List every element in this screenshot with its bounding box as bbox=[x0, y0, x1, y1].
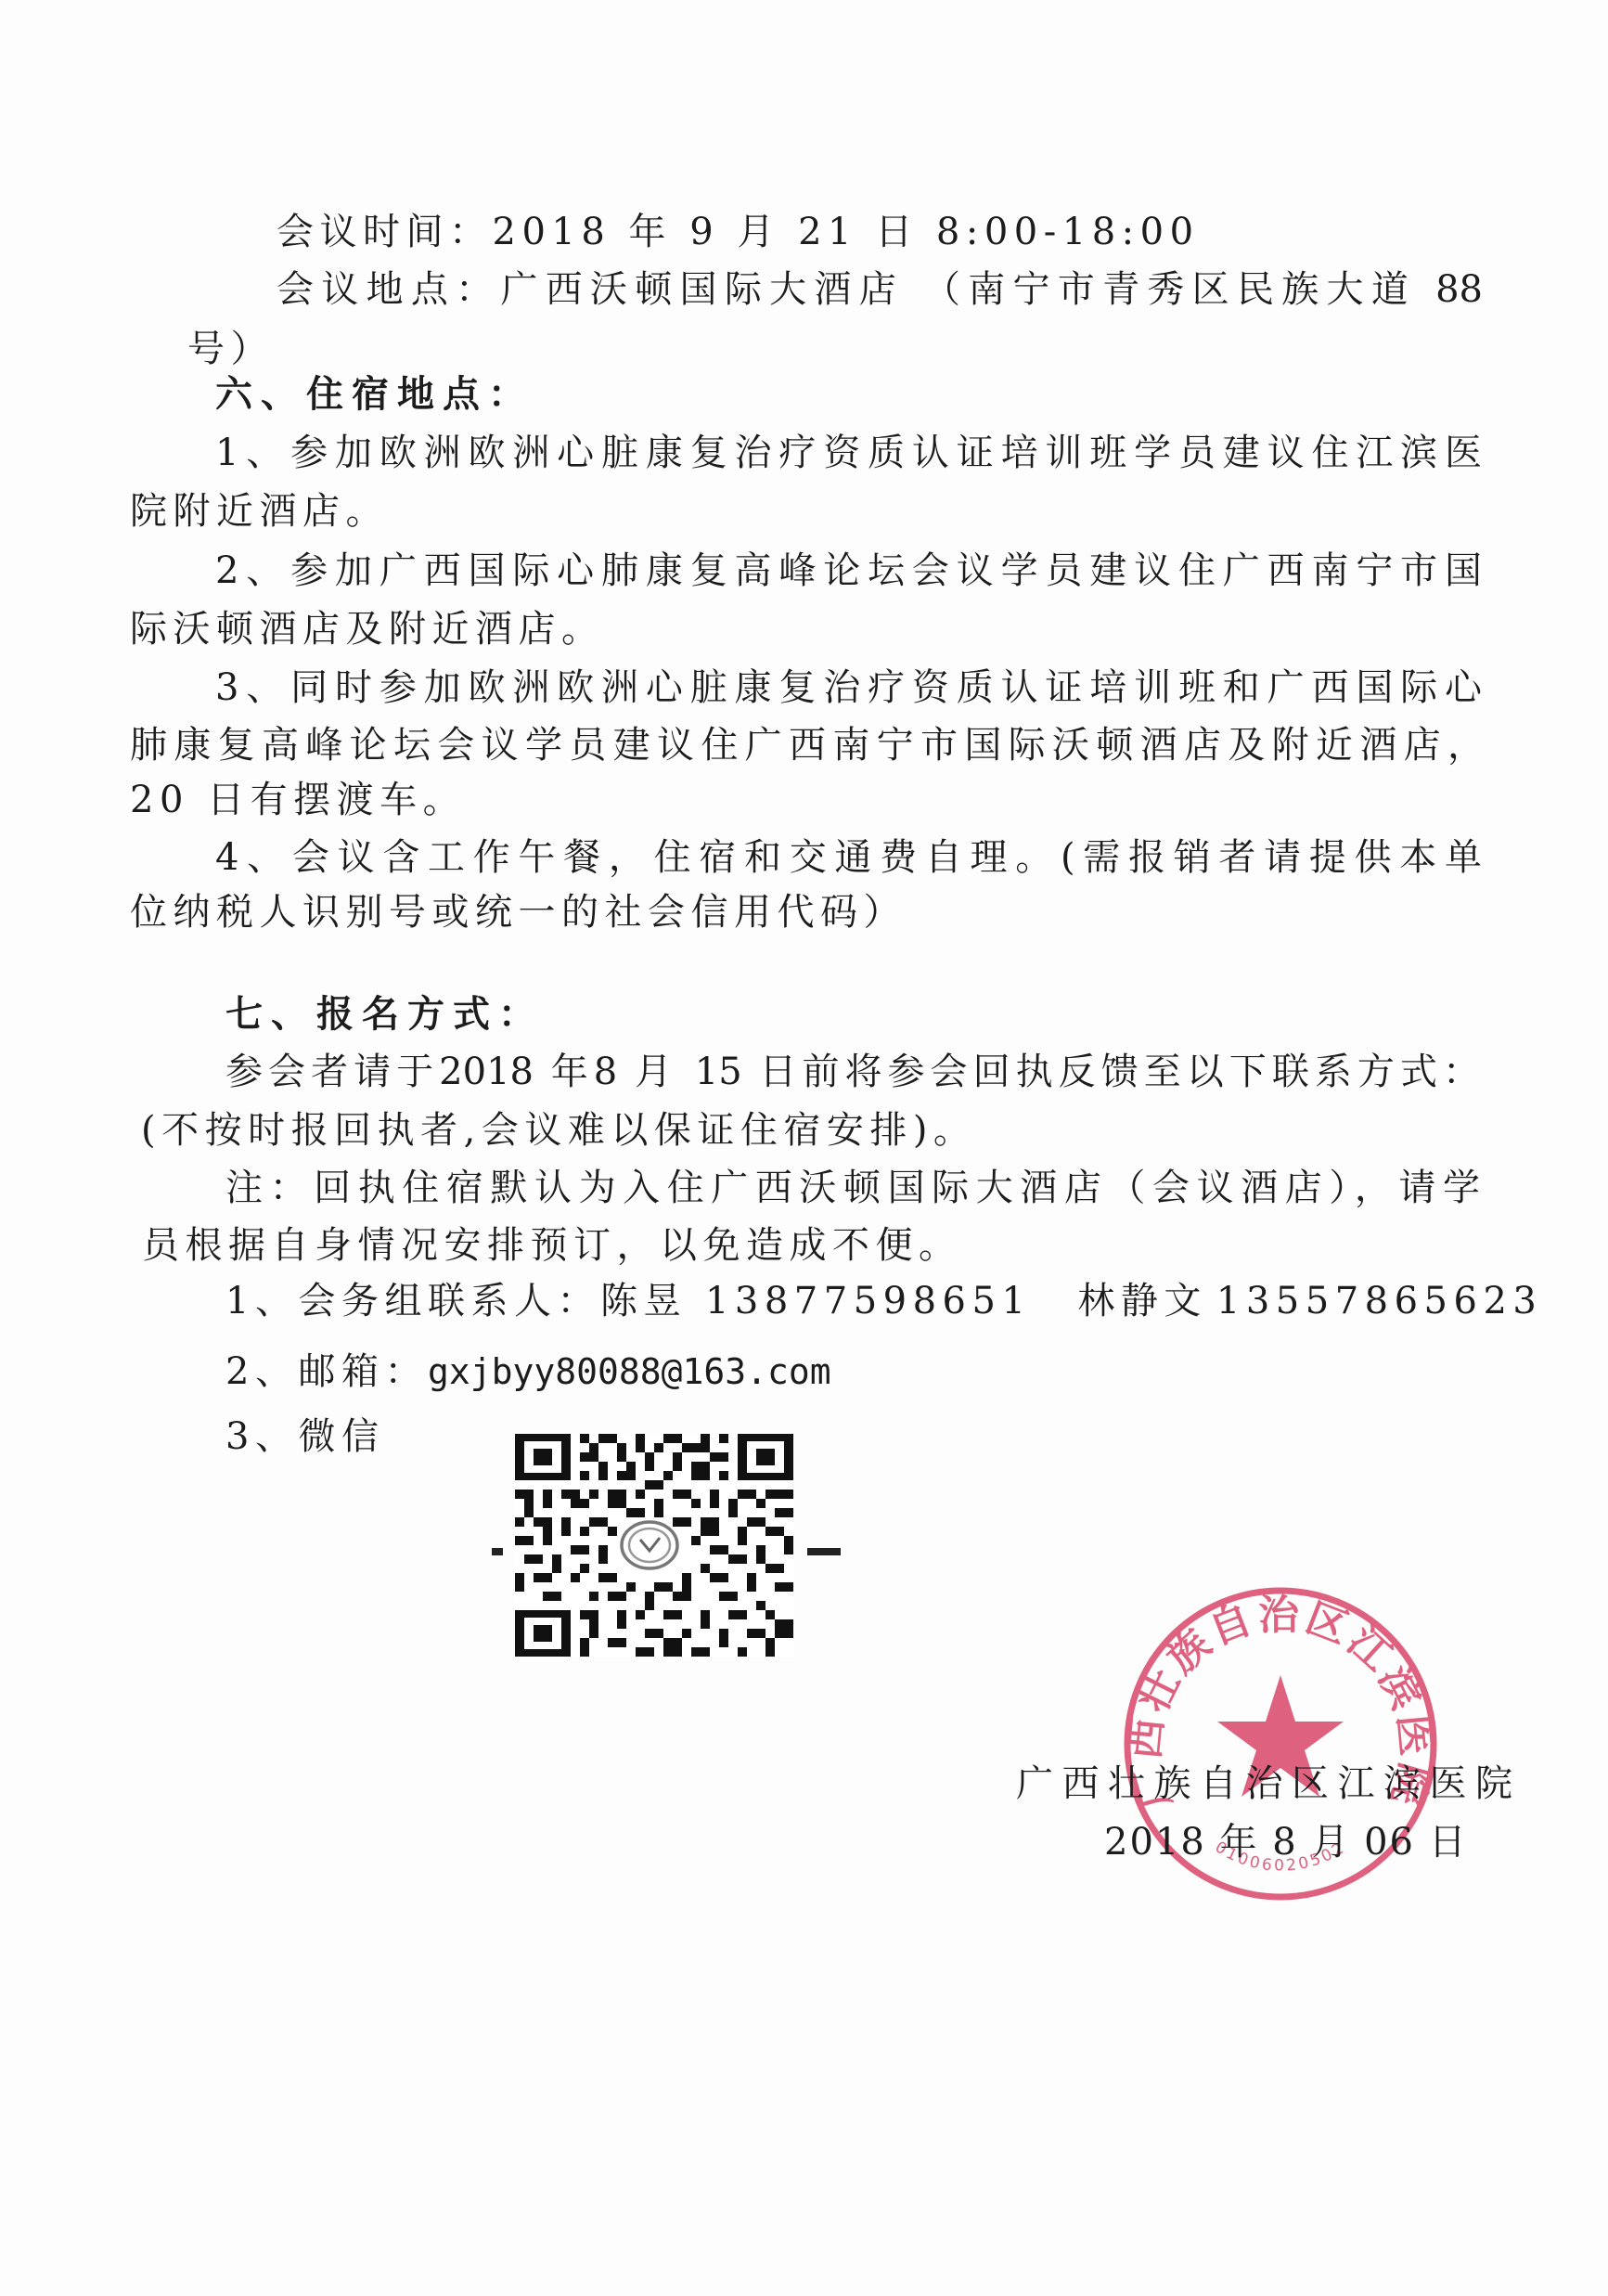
contact2-name: 林静文 bbox=[1077, 1280, 1207, 1322]
section6-heading: 六、住宿地点： bbox=[215, 370, 534, 419]
section7-intro-line1: 参会者请于2018 年8 月 15 日前将参会回执反馈至以下联系方式： bbox=[225, 1048, 1480, 1096]
section7-heading: 七、报名方式： bbox=[225, 990, 544, 1038]
contact2-phone[interactable]: 13557865623 bbox=[1216, 1280, 1542, 1322]
signature-date: 2018 年 8 月 06 日 bbox=[1104, 1818, 1468, 1866]
section6-item3-line1: 3、同时参加欧洲欧洲心脏康复治疗资质认证培训班和广西国际心 bbox=[215, 664, 1482, 712]
email-line: 2、邮箱：gxjbyy80088@163.com bbox=[225, 1348, 831, 1396]
qr-code-icon bbox=[515, 1434, 793, 1657]
contact-persons-line: 1、会务组联系人：陈昱13877598651林静文13557865623 bbox=[225, 1277, 1542, 1325]
qr-right-mark bbox=[807, 1548, 841, 1555]
wechat-line: 3、微信 bbox=[225, 1412, 384, 1461]
section7-note-line2: 员根据自身情况安排预订，以免造成不便。 bbox=[142, 1221, 962, 1270]
document-page: 会议时间：2018 年 9 月 21 日 8:00-18:00 会议地点：广西沃… bbox=[0, 0, 1608, 2296]
section6-item1-line2: 院附近酒店。 bbox=[130, 487, 389, 535]
section6-item2-line2: 际沃顿酒店及附近酒店。 bbox=[130, 605, 605, 653]
section6-item3-line2: 肺康复高峰论坛会议学员建议住广西南宁市国际沃顿酒店及附近酒店， bbox=[130, 721, 1485, 769]
contact-persons-label: 1、会务组联系人： bbox=[225, 1280, 600, 1322]
meeting-location-value: 广西沃顿国际大酒店 （南宁市青秀区民族大道 88 bbox=[500, 268, 1483, 311]
email-link[interactable]: gxjbyy80088@163.com bbox=[428, 1351, 831, 1392]
section7-intro-line2: (不按时报回执者,会议难以保证住宿安排)。 bbox=[141, 1106, 976, 1154]
section6-item4-line2: 位纳税人识别号或统一的社会信用代码） bbox=[130, 888, 907, 936]
section7-note-line1: 注：回执住宿默认为入住广西沃顿国际大酒店（会议酒店），请学 bbox=[225, 1164, 1480, 1212]
section6-item4-line1: 4、会议含工作午餐，住宿和交通费自理。(需报销者请提供本单 bbox=[215, 833, 1482, 882]
qr-left-mark bbox=[492, 1548, 503, 1555]
meeting-time-label: 会议时间： bbox=[277, 211, 493, 253]
signature-organization: 广西壮族自治区江滨医院 bbox=[1016, 1760, 1522, 1808]
section6-item1-line1: 1、参加欧洲欧洲心脏康复治疗资质认证培训班学员建议住江滨医 bbox=[215, 429, 1482, 477]
meeting-time-line: 会议时间：2018 年 9 月 21 日 8:00-18:00 bbox=[277, 208, 1200, 256]
contact1-phone[interactable]: 13877598651 bbox=[705, 1280, 1031, 1322]
section6-item2-line1: 2、参加广西国际心肺康复高峰论坛会议学员建议住广西南宁市国 bbox=[215, 547, 1482, 595]
contact1-name: 陈昱 bbox=[600, 1280, 687, 1322]
wechat-qr-code[interactable] bbox=[492, 1429, 844, 1661]
email-label: 2、邮箱： bbox=[225, 1350, 428, 1393]
meeting-location-line: 会议地点：广西沃顿国际大酒店 （南宁市青秀区民族大道 88 bbox=[277, 265, 1483, 314]
meeting-time-value: 2018 年 9 月 21 日 8:00-18:00 bbox=[493, 211, 1200, 253]
hospital-logo-icon bbox=[618, 1518, 681, 1572]
meeting-location-label: 会议地点： bbox=[277, 268, 500, 311]
section6-item3-line3: 20 日有摆渡车。 bbox=[130, 776, 466, 824]
meeting-location-line-cont: 号） bbox=[187, 325, 274, 373]
